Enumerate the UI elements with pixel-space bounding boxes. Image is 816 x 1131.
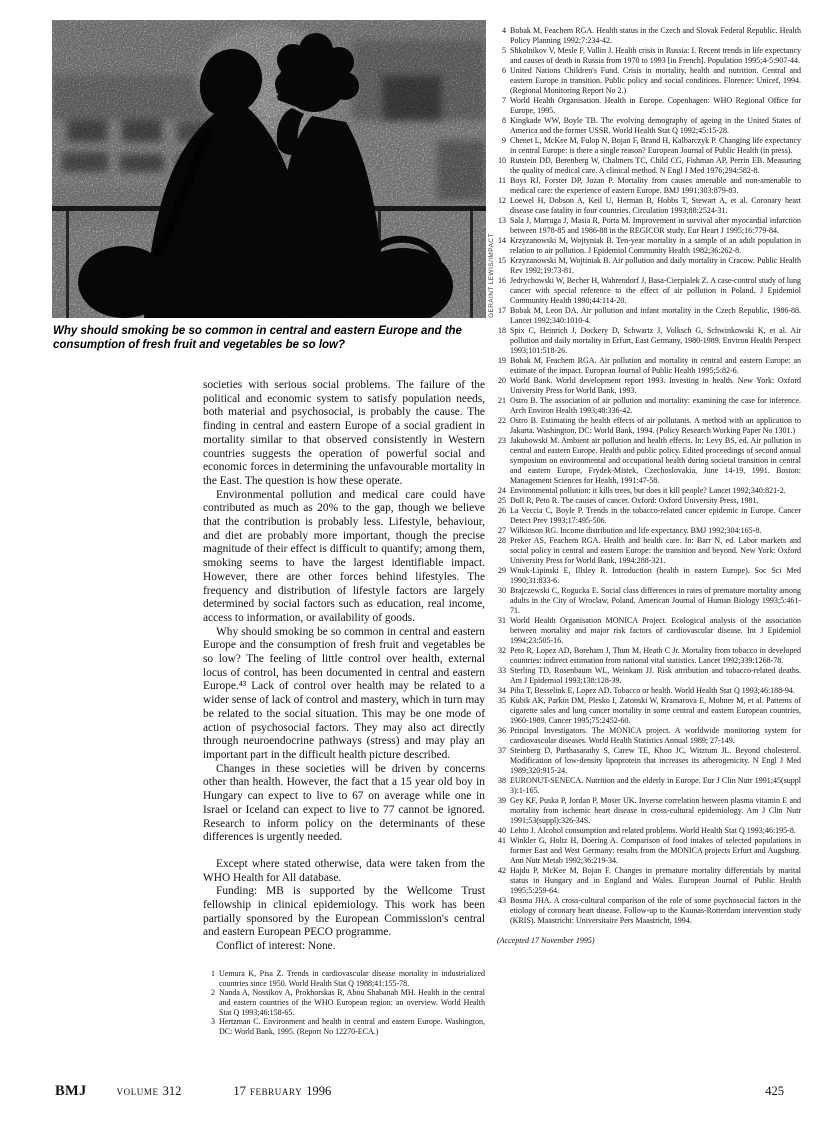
reference-item: 12Loewel H, Dobson A, Keil U, Herman B, …	[497, 196, 801, 216]
reference-number: 26	[497, 506, 506, 516]
reference-item: 26La Veccia C, Boyle P. Trends in the to…	[497, 506, 801, 526]
reference-item: 43Bosma JHA. A cross-cultural comparison…	[497, 896, 801, 926]
reference-item: 31World Health Organisation MONICA Proje…	[497, 616, 801, 646]
reference-number: 33	[497, 666, 506, 676]
reference-number: 3	[206, 1017, 215, 1027]
photo-caption: Why should smoking be so common in centr…	[53, 325, 505, 352]
reference-item: 39Gey KF, Puska P, Jordan P, Moser UK. I…	[497, 796, 801, 826]
body-paragraphs: societies with serious social problems. …	[203, 379, 485, 845]
reference-item: 19Bobak M, Feachem RGA. Air pollution an…	[497, 356, 801, 376]
reference-item: 15Krzyzanowski M, Wojtiniak B. Air pollu…	[497, 256, 801, 276]
reference-number: 7	[497, 96, 506, 106]
reference-item: 14Krzyzanowski M, Wojtyniak B. Ten-year …	[497, 236, 801, 256]
reference-number: 5	[497, 46, 506, 56]
reference-number: 40	[497, 826, 506, 836]
date-month: FEBRUARY	[250, 1087, 302, 1097]
reference-number: 24	[497, 486, 506, 496]
reference-item: 18Spix C, Heinrich J, Dockery D, Schwart…	[497, 326, 801, 356]
reference-number: 27	[497, 526, 506, 536]
reference-number: 39	[497, 796, 506, 806]
reference-item: 1Uemura K, Pisa Z. Trends in cardiovascu…	[206, 969, 485, 988]
left-column: societies with serious social problems. …	[203, 379, 485, 1037]
reference-item: 2Nanda A, Nossikov A, Prokhorskas R, Abo…	[206, 988, 485, 1017]
reference-number: 20	[497, 376, 506, 386]
body-paragraph: Changes in these societies will be drive…	[203, 763, 485, 845]
reference-item: 28Preker AS, Feachem RGA. Health and hea…	[497, 536, 801, 566]
reference-item: 13Sala J, Marruga J, Masia R, Porta M. I…	[497, 216, 801, 236]
reference-number: 4	[497, 26, 506, 36]
date-year: 1996	[306, 1084, 331, 1098]
page-footer: BMJ VOLUME 312 17 FEBRUARY 1996 425	[55, 1082, 784, 1100]
reference-number: 38	[497, 776, 506, 786]
reference-number: 32	[497, 646, 506, 656]
accepted-note: (Accepted 17 November 1995)	[497, 936, 801, 946]
reference-item: 40Lehto J. Alcohol consumption and relat…	[497, 826, 801, 836]
reference-item: 33Sterling TD, Rosenbaum WL, Weinkam JJ.…	[497, 666, 801, 686]
reference-number: 22	[497, 416, 506, 426]
volume-number: 312	[163, 1084, 182, 1098]
reference-item: 17Bobak M, Leon DA. Air pollution and in…	[497, 306, 801, 326]
reference-number: 11	[497, 176, 506, 186]
reference-item: 41Winkler G, Holtz H, Doering A. Compari…	[497, 836, 801, 866]
smokers-photo-illustration	[52, 20, 486, 318]
article-photo	[52, 20, 486, 318]
page-number: 425	[765, 1084, 784, 1099]
volume-label: VOLUME	[117, 1087, 159, 1097]
reference-item: 11Boys RJ, Forster DP, Jozan P. Mortalit…	[497, 176, 801, 196]
reference-number: 18	[497, 326, 506, 336]
reference-number: 42	[497, 866, 506, 876]
reference-number: 8	[497, 116, 506, 126]
reference-item: 34Piha T, Besselink E, Lopez AD. Tobacco…	[497, 686, 801, 696]
notes: Except where stated otherwise, data were…	[203, 858, 485, 954]
reference-number: 37	[497, 746, 506, 756]
references-left: 1Uemura K, Pisa Z. Trends in cardiovascu…	[203, 969, 485, 1037]
note-paragraph: Conflict of interest: None.	[203, 940, 485, 954]
reference-item: 29Wnuk-Lipinski E, Illsley R. Introducti…	[497, 566, 801, 586]
body-paragraph: Environmental pollution and medical care…	[203, 489, 485, 626]
reference-item: 23Jakubowski M. Ambient air pollution an…	[497, 436, 801, 486]
reference-item: 42Hajdu P, McKee M, Bojan F. Changes in …	[497, 866, 801, 896]
date-day: 17	[233, 1084, 246, 1098]
reference-item: 32Peto R, Lopez AD, Boreham J, Thun M, H…	[497, 646, 801, 666]
body-paragraph: societies with serious social problems. …	[203, 379, 485, 489]
reference-number: 34	[497, 686, 506, 696]
reference-item: 36Principal Investigators. The MONICA pr…	[497, 726, 801, 746]
reference-item: 20World Bank. World development report 1…	[497, 376, 801, 396]
reference-item: 35Kubik AK, Parkin DM, Plesko I, Zatonsk…	[497, 696, 801, 726]
reference-item: 3Hertzman C. Environment and health in c…	[206, 1017, 485, 1036]
reference-number: 43	[497, 896, 506, 906]
reference-item: 9Chenet L, McKee M, Fulop N, Bojan F, Br…	[497, 136, 801, 156]
reference-number: 14	[497, 236, 506, 246]
reference-item: 6United Nations Children's Fund. Crisis …	[497, 66, 801, 96]
reference-item: 8Kingkade WW, Boyle TB. The evolving dem…	[497, 116, 801, 136]
reference-number: 23	[497, 436, 506, 446]
reference-number: 31	[497, 616, 506, 626]
reference-item: 7World Health Organisation. Health in Eu…	[497, 96, 801, 116]
reference-number: 16	[497, 276, 506, 286]
reference-item: 16Jedrychowski W, Becher H, Wahrendorf J…	[497, 276, 801, 306]
reference-item: 24Environmental pollution: it kills tree…	[497, 486, 801, 496]
reference-item: 5Shkolnikov V, Mesle F, Vallin J. Health…	[497, 46, 801, 66]
reference-number: 21	[497, 396, 506, 406]
reference-number: 35	[497, 696, 506, 706]
reference-item: 27Wilkinson RG. Income distribution and …	[497, 526, 801, 536]
reference-number: 10	[497, 156, 506, 166]
journal-title: BMJ	[55, 1083, 87, 1100]
references-right: 4Bobak M, Feachem RGA. Health status in …	[497, 26, 801, 926]
reference-number: 30	[497, 586, 506, 596]
volume-info: VOLUME 312	[117, 1082, 182, 1100]
reference-item: 10Rutstein DD, Berenberg W, Chalmers TC,…	[497, 156, 801, 176]
body-paragraph: Why should smoking be so common in centr…	[203, 626, 485, 763]
reference-number: 17	[497, 306, 506, 316]
reference-number: 28	[497, 536, 506, 546]
reference-number: 25	[497, 496, 506, 506]
reference-item: 22Ostro B. Estimating the health effects…	[497, 416, 801, 436]
reference-number: 9	[497, 136, 506, 146]
reference-number: 19	[497, 356, 506, 366]
reference-item: 4Bobak M, Feachem RGA. Health status in …	[497, 26, 801, 46]
reference-item: 38EURONUT-SENECA. Nutrition and the elde…	[497, 776, 801, 796]
reference-item: 37Steinberg D, Parthasarathy S, Carew TE…	[497, 746, 801, 776]
issue-date: 17 FEBRUARY 1996	[233, 1082, 331, 1100]
reference-item: 25Doll R, Peto R. The causes of cancer. …	[497, 496, 801, 506]
reference-number: 1	[206, 969, 215, 979]
note-paragraph: Funding: MB is supported by the Wellcome…	[203, 885, 485, 940]
reference-item: 30Brajczewski C, Rogucka E. Social class…	[497, 586, 801, 616]
reference-number: 15	[497, 256, 506, 266]
reference-number: 6	[497, 66, 506, 76]
reference-number: 12	[497, 196, 506, 206]
right-column: 4Bobak M, Feachem RGA. Health status in …	[497, 26, 801, 946]
reference-number: 41	[497, 836, 506, 846]
note-paragraph: Except where stated otherwise, data were…	[203, 858, 485, 885]
reference-item: 21Ostro B. The association of air pollut…	[497, 396, 801, 416]
journal-page: GERAINT LEWIS/IMPACT Why should smoking …	[0, 0, 816, 1131]
reference-number: 29	[497, 566, 506, 576]
reference-number: 13	[497, 216, 506, 226]
reference-number: 2	[206, 988, 215, 998]
reference-number: 36	[497, 726, 506, 736]
